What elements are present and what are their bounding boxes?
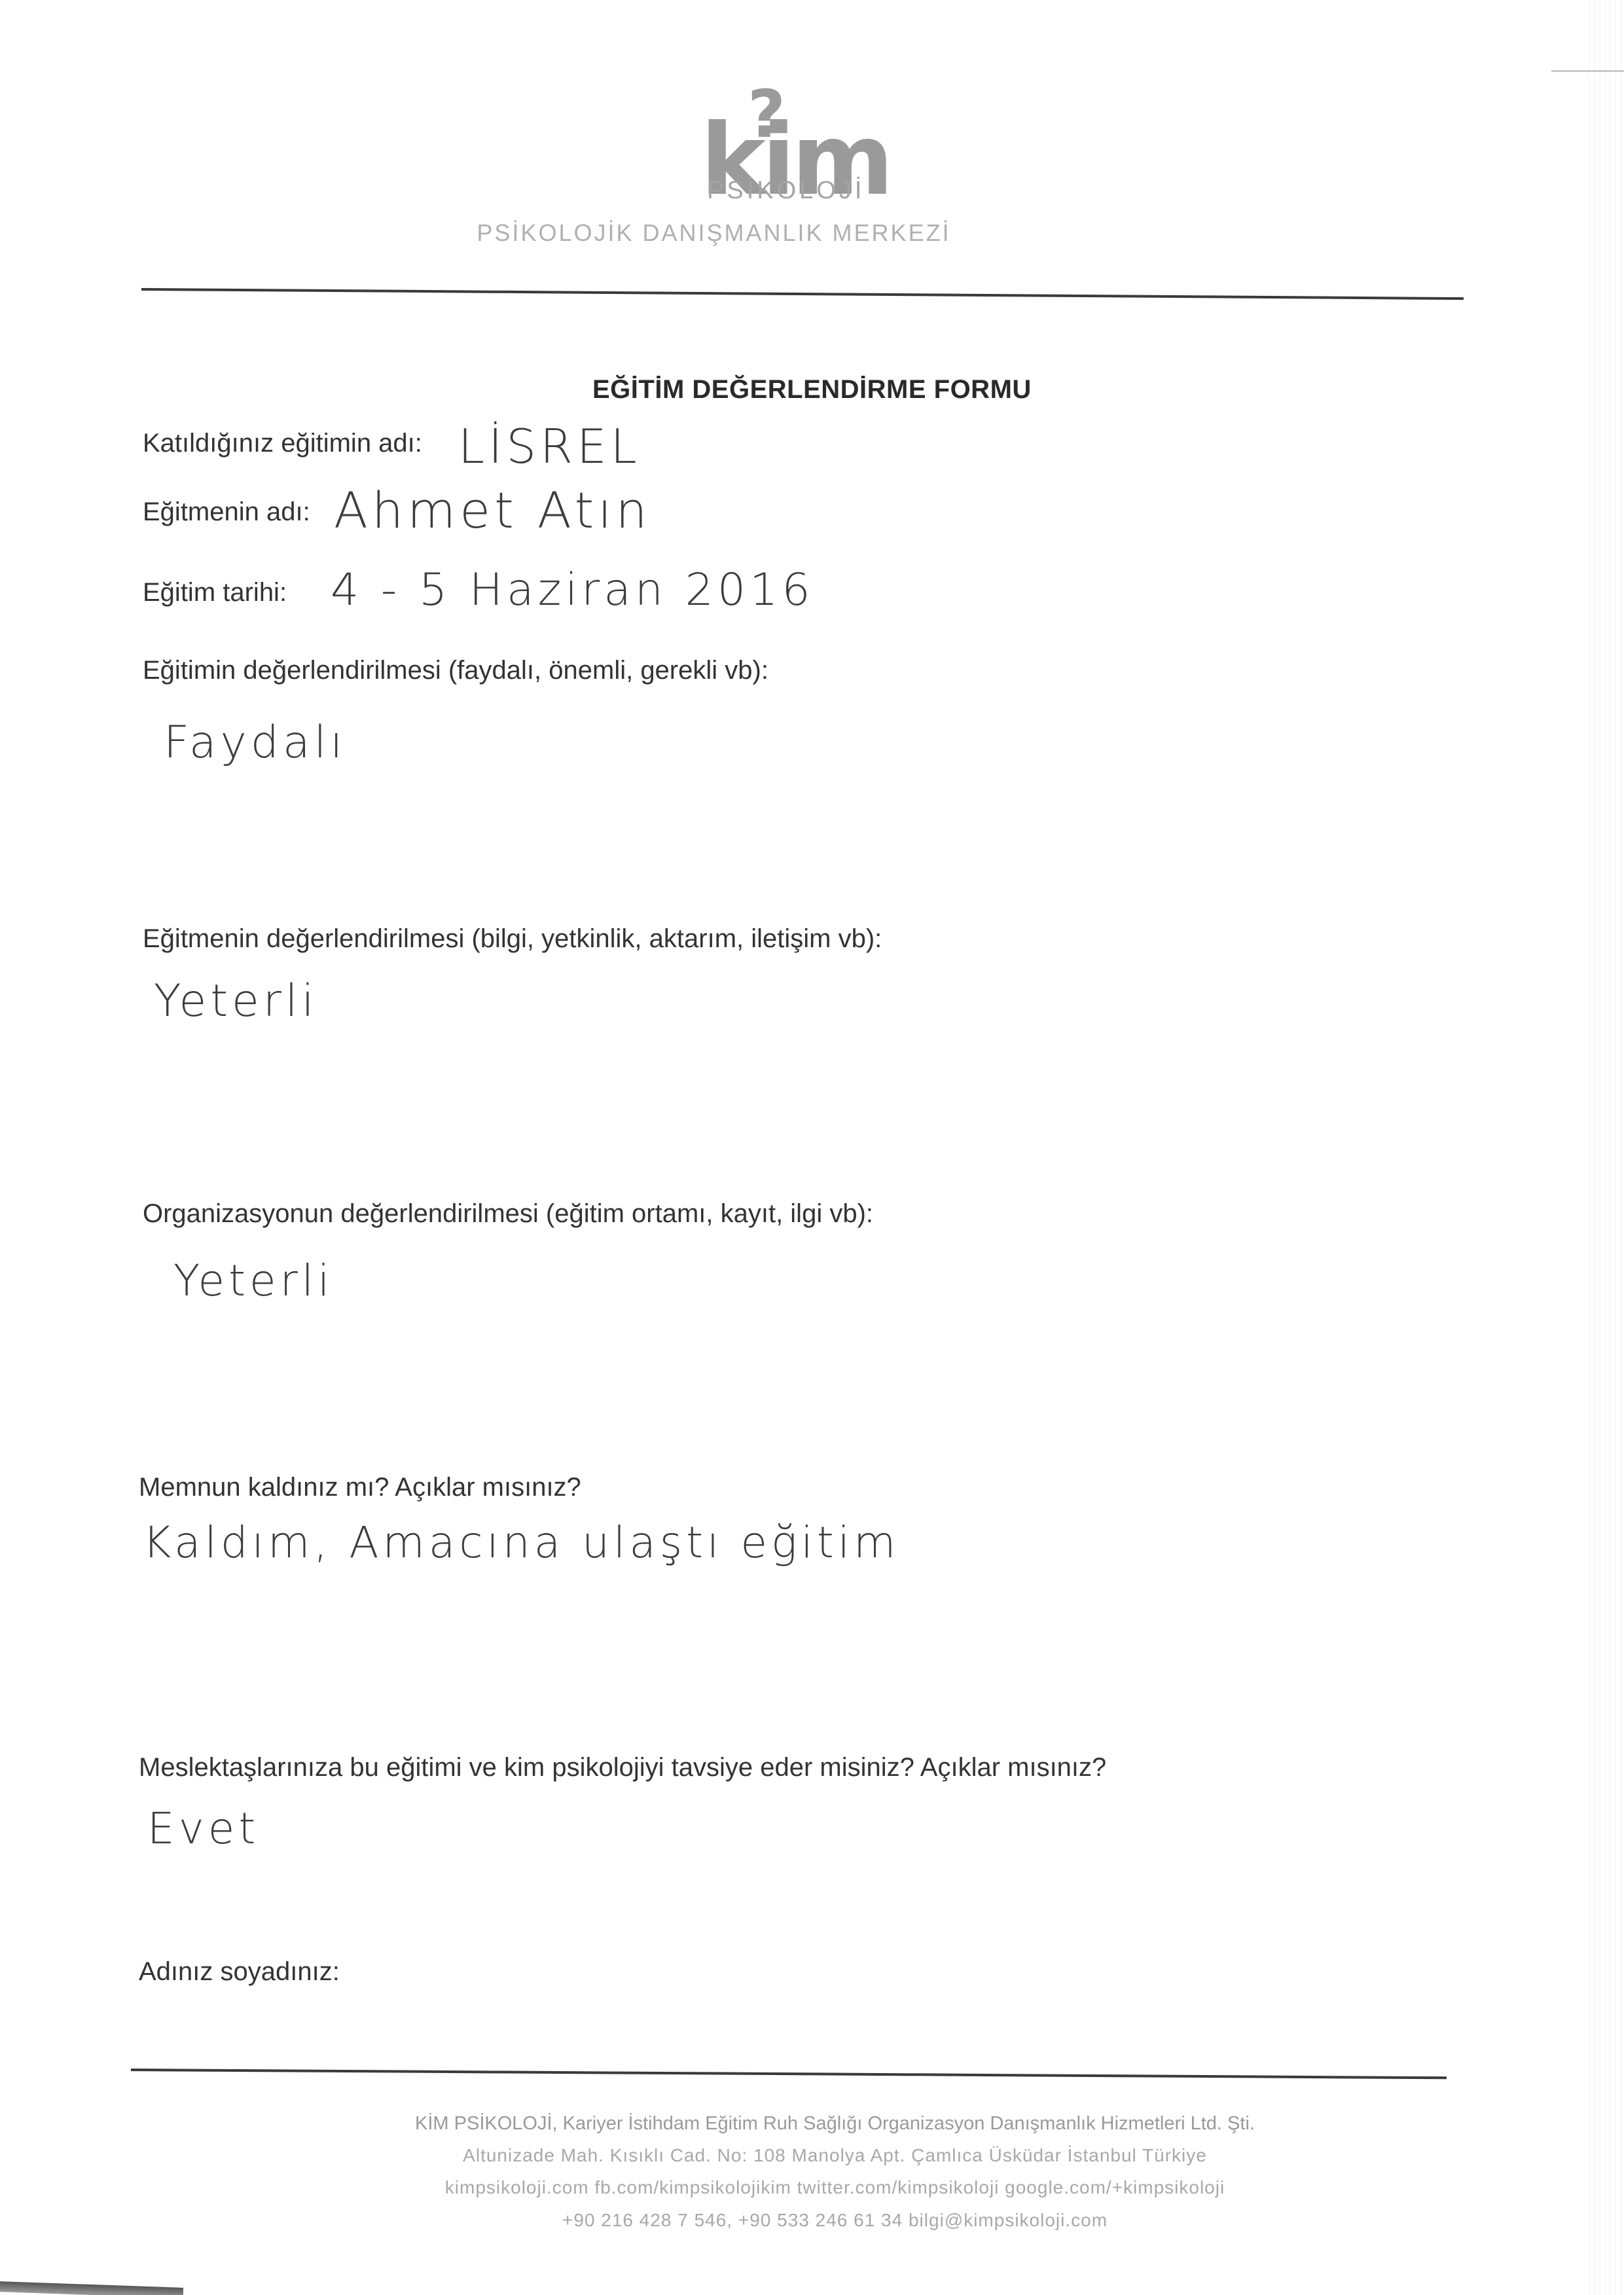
- evaluation-form-page: kim ? PSİKOLOJİ PSİKOLOJİK DANIŞMANLIK M…: [0, 0, 1624, 2295]
- footer-web: kimpsikoloji.com fb.com/kimpsikolojikim …: [0, 2177, 1624, 2198]
- instructor-evaluation-value[interactable]: Yeterli: [154, 975, 318, 1027]
- form-title: EĞİTİM DEĞERLENDİRME FORMU: [592, 375, 1032, 405]
- footer-divider: [131, 2069, 1447, 2079]
- footer-contact-text[interactable]: +90 216 428 7 546, +90 533 246 61 34 bil…: [562, 2210, 1108, 2230]
- recommendation-question-label: Meslektaşlarınıza bu eğitimi ve kim psik…: [139, 1753, 1106, 1782]
- satisfaction-answer-value[interactable]: Kaldım, Amacına ulaştı eğitim: [143, 1517, 899, 1568]
- training-name-label: Katıldığınız eğitimin adı:: [143, 429, 422, 458]
- footer-address: Altunizade Mah. Kısıklı Cad. No: 108 Man…: [0, 2145, 1624, 2166]
- organization-evaluation-value[interactable]: Yeterli: [173, 1256, 333, 1306]
- training-name-value[interactable]: LİSREL: [458, 419, 641, 474]
- full-name-label: Adınız soyadınız:: [139, 1957, 340, 1987]
- instructor-name-label: Eğitmenin adı:: [143, 497, 310, 527]
- organization-evaluation-label: Organizasyonun değerlendirilmesi (eğitim…: [143, 1199, 873, 1229]
- instructor-name-value[interactable]: Ahmet Atın: [334, 481, 651, 539]
- logo-subtitle: PSİKOLOJİ: [707, 177, 865, 205]
- footer-contact: +90 216 428 7 546, +90 533 246 61 34 bil…: [0, 2210, 1624, 2231]
- training-date-label: Eğitim tarihi:: [143, 578, 287, 607]
- footer-company-name: KİM PSİKOLOJİ, Kariyer İstihdam Eğitim R…: [415, 2113, 1255, 2134]
- satisfaction-question-label: Memnun kaldınız mı? Açıklar mısınız?: [139, 1473, 581, 1502]
- header-divider: [141, 288, 1464, 300]
- instructor-evaluation-label: Eğitmenin değerlendirilmesi (bilgi, yetk…: [143, 924, 882, 954]
- scan-edge-mark: [1551, 71, 1624, 71]
- page-corner-shadow: [0, 2281, 183, 2295]
- logo-tagline: PSİKOLOJİK DANIŞMANLIK MERKEZİ: [0, 219, 1526, 247]
- recommendation-answer-value[interactable]: Evet: [147, 1803, 259, 1854]
- footer-company: KİM PSİKOLOJİ, Kariyer İstihdam Eğitim R…: [0, 2113, 1624, 2135]
- footer-address-text: Altunizade Mah. Kısıklı Cad. No: 108 Man…: [463, 2145, 1207, 2165]
- training-evaluation-value[interactable]: Faydalı: [164, 717, 346, 768]
- training-date-value[interactable]: 4 - 5 Haziran 2016: [331, 564, 814, 616]
- footer-web-links[interactable]: kimpsikoloji.com fb.com/kimpsikolojikim …: [445, 2177, 1225, 2197]
- training-evaluation-label: Eğitimin değerlendirilmesi (faydalı, öne…: [143, 656, 768, 685]
- scan-edge-artifact: [1585, 0, 1624, 2295]
- question-mark-icon: ?: [748, 76, 785, 153]
